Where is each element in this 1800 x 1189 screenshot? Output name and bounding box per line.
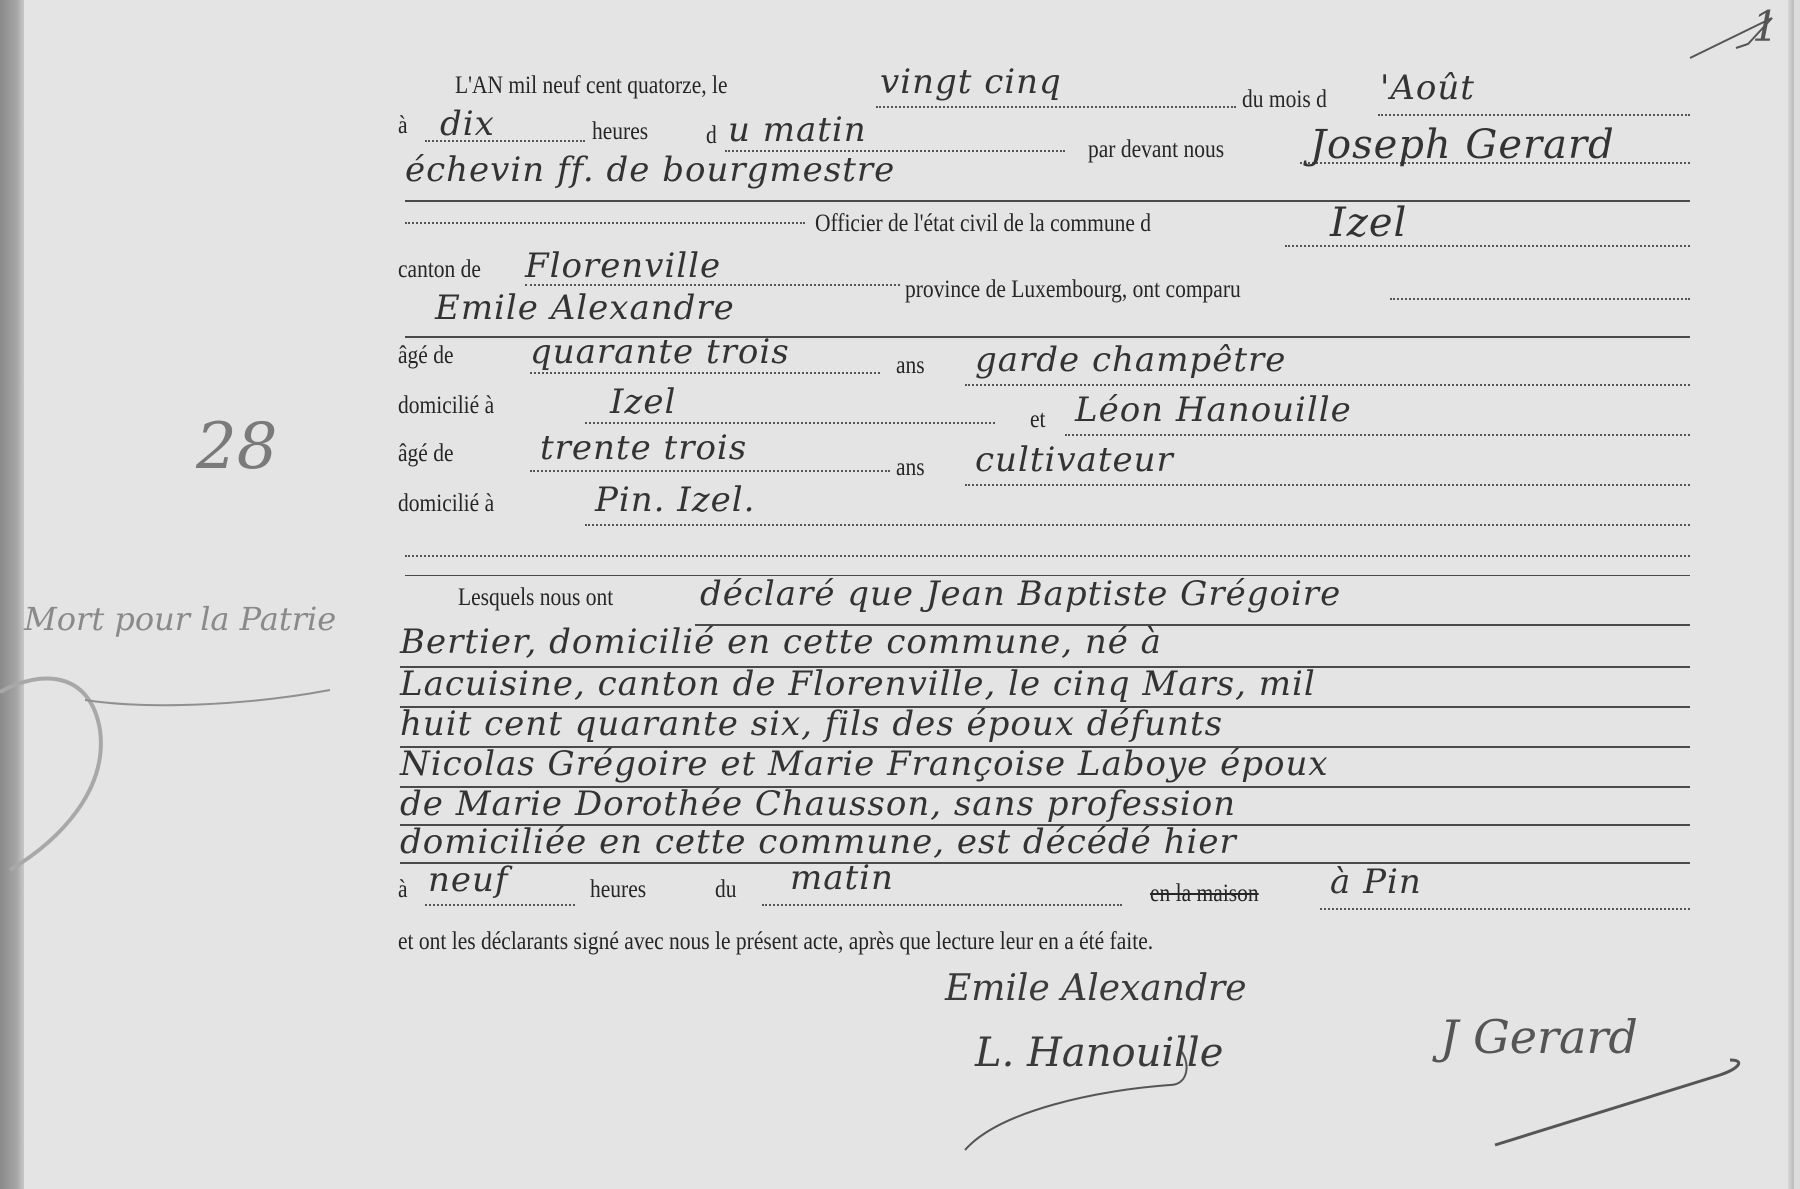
fill-line	[425, 904, 575, 906]
hand-body-line-3: Lacuisine, canton de Florenville, le cin…	[400, 664, 1316, 704]
hand-death-place: à Pin	[1330, 862, 1422, 902]
fill-line	[405, 555, 1690, 557]
printed-year-text: L'AN mil neuf cent quatorze, le	[455, 72, 728, 100]
hand-body-line-5: Nicolas Grégoire et Marie Françoise Labo…	[400, 744, 1329, 784]
hand-officer-name: Joseph Gerard	[1310, 122, 1615, 168]
hand-home2: Pin. Izel.	[595, 480, 755, 520]
hand-body-line-7: domiciliée en cette commune, est décédé …	[400, 822, 1237, 862]
hand-job1: garde champêtre	[975, 340, 1286, 380]
fill-line	[585, 524, 1690, 526]
signature-declarant2: L. Hanouille	[975, 1030, 1223, 1076]
hand-officer-title: échevin ff. de bourgmestre	[405, 150, 895, 190]
hand-period: u matin	[728, 110, 867, 150]
hand-age1: quarante trois	[530, 332, 790, 372]
printed-en-la-maison-struck: en la maison	[1150, 880, 1259, 908]
printed-par-devant: par devant nous	[1088, 136, 1224, 164]
printed-du: du	[715, 876, 737, 904]
printed-ans: ans	[896, 454, 925, 482]
hand-body-line-6: de Marie Dorothée Chausson, sans profess…	[400, 784, 1236, 824]
fill-line	[965, 484, 1690, 486]
act-number: 28	[196, 410, 277, 484]
printed-age-label: âgé de	[398, 440, 454, 468]
fill-line	[762, 904, 1122, 906]
printed-a: à	[398, 112, 408, 140]
hand-body-line-2: Bertier, domicilié en cette commune, né …	[400, 622, 1162, 662]
fill-line	[1390, 298, 1690, 300]
fill-line	[876, 106, 1236, 108]
printed-et: et	[1030, 406, 1046, 434]
hand-death-period: matin	[790, 858, 894, 898]
hand-declarant1: Emile Alexandre	[435, 288, 735, 328]
fill-line	[1378, 114, 1690, 116]
hand-hour: dix	[440, 104, 495, 144]
page-right-edge	[1788, 0, 1794, 1189]
fill-line	[400, 862, 1690, 864]
hand-job2: cultivateur	[975, 440, 1174, 480]
printed-a: à	[398, 876, 408, 904]
fill-line	[1320, 908, 1690, 910]
hand-canton: Florenville	[525, 246, 721, 286]
printed-heures: heures	[592, 118, 648, 146]
printed-canton: canton de	[398, 256, 481, 284]
fill-line	[530, 372, 880, 374]
signature-declarant1: Emile Alexandre	[945, 968, 1247, 1009]
signature-officer: J Gerard	[1440, 1010, 1638, 1064]
printed-lesquels: Lesquels nous ont	[458, 584, 613, 612]
fill-line	[405, 200, 1690, 202]
binding-edge	[0, 0, 24, 1189]
printed-closing-statement: et ont les déclarants signé avec nous le…	[398, 928, 1153, 956]
folio-mark: 1	[1752, 2, 1780, 51]
fill-line	[405, 222, 805, 224]
fill-line	[585, 422, 995, 424]
fill-line	[1065, 434, 1690, 436]
printed-domicile-label: domicilié à	[398, 392, 494, 420]
printed-d: d	[706, 122, 717, 150]
hand-age2: trente trois	[540, 428, 747, 468]
printed-officier: Officier de l'état civil de la commune d	[815, 210, 1151, 238]
hand-day: vingt cinq	[880, 62, 1062, 102]
hand-death-hour: neuf	[428, 860, 509, 900]
fill-line	[965, 384, 1690, 386]
printed-age-label: âgé de	[398, 342, 454, 370]
hand-body-line-4: huit cent quarante six, fils des époux d…	[400, 704, 1223, 744]
hand-month: 'Août	[1380, 68, 1475, 108]
fill-line	[530, 470, 890, 472]
printed-ans: ans	[896, 352, 925, 380]
hand-home1: Izel	[610, 382, 676, 422]
hand-declarant2: Léon Hanouille	[1075, 390, 1352, 430]
printed-province: province de Luxembourg, ont comparu	[905, 276, 1241, 304]
printed-month-label: du mois d	[1242, 86, 1327, 114]
printed-domicile-label: domicilié à	[398, 490, 494, 518]
printed-heures: heures	[590, 876, 646, 904]
hand-body-line-1: déclaré que Jean Baptiste Grégoire	[700, 574, 1341, 614]
margin-note-mort-pour-la-patrie: Mort pour la Patrie	[24, 600, 336, 638]
hand-commune: Izel	[1330, 200, 1407, 246]
